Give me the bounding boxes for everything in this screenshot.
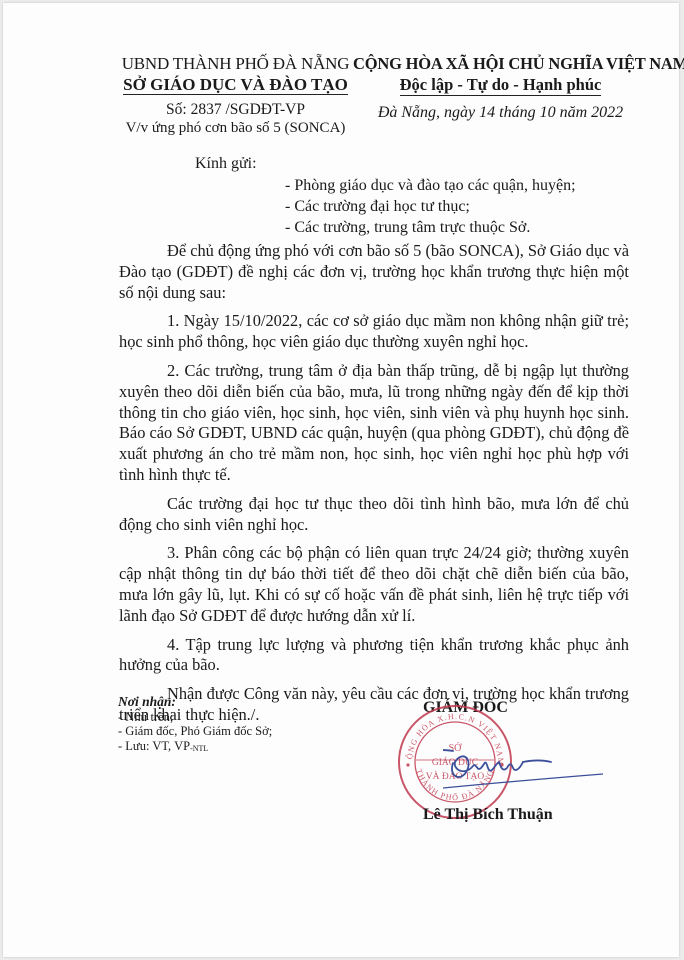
addressee-label: Kính gửi: [195, 155, 257, 173]
body-paragraph: 3. Phân công các bộ phận có liên quan tr… [119, 543, 629, 626]
handwritten-signature-icon [443, 738, 603, 793]
body-paragraph: 2. Các trường, trung tâm ở địa bàn thấp … [119, 361, 629, 486]
recipient-item: - Lưu: VT, VP-NTL [118, 739, 272, 757]
national-motto: Độc lập - Tự do - Hạnh phúc [353, 74, 648, 95]
nation-title: CỘNG HÒA XÃ HỘI CHỦ NGHĨA VIỆT NAM [353, 53, 648, 74]
body-paragraph: 1. Ngày 15/10/2022, các cơ sở giáo dục m… [119, 311, 629, 353]
signer-name: Lê Thị Bích Thuận [423, 806, 553, 824]
body-paragraph: Để chủ động ứng phó với cơn bão số 5 (bã… [119, 241, 629, 303]
addressee-item: - Các trường đại học tư thục; [285, 196, 576, 217]
document-body: Để chủ động ứng phó với cơn bão số 5 (bã… [119, 241, 629, 734]
addressee-item: - Các trường, trung tâm trực thuộc Sở. [285, 217, 576, 238]
document-subject: V/v ứng phó cơn bão số 5 (SONCA) [103, 119, 368, 138]
addressee-list: - Phòng giáo dục và đào tạo các quận, hu… [285, 175, 576, 238]
authority-name: UBND THÀNH PHỐ ĐÀ NẴNG [103, 53, 368, 74]
national-header: CỘNG HÒA XÃ HỘI CHỦ NGHĨA VIỆT NAM Độc l… [353, 53, 648, 123]
addressee-item: - Phòng giáo dục và đào tạo các quận, hu… [285, 175, 576, 196]
body-paragraph: Các trường đại học tư thục theo dõi tình… [119, 494, 629, 536]
recipients-title: Nơi nhận: [118, 695, 272, 710]
document-page: UBND THÀNH PHỐ ĐÀ NẴNG SỞ GIÁO DỤC VÀ ĐÀ… [3, 3, 679, 957]
recipient-item: - Như trên; [118, 710, 272, 725]
body-paragraph: 4. Tập trung lực lượng và phương tiện kh… [119, 635, 629, 677]
issuer-header: UBND THÀNH PHỐ ĐÀ NẴNG SỞ GIÁO DỤC VÀ ĐÀ… [103, 53, 368, 138]
recipient-item: - Giám đốc, Phó Giám đốc Sở; [118, 724, 272, 739]
document-number: Số: 2837 /SGDĐT-VP [103, 100, 368, 119]
department-name: SỞ GIÁO DỤC VÀ ĐÀO TẠO [103, 74, 368, 95]
place-date: Đà Nẵng, ngày 14 tháng 10 năm 2022 [353, 103, 648, 123]
recipients-block: Nơi nhận: - Như trên; - Giám đốc, Phó Gi… [118, 695, 272, 756]
